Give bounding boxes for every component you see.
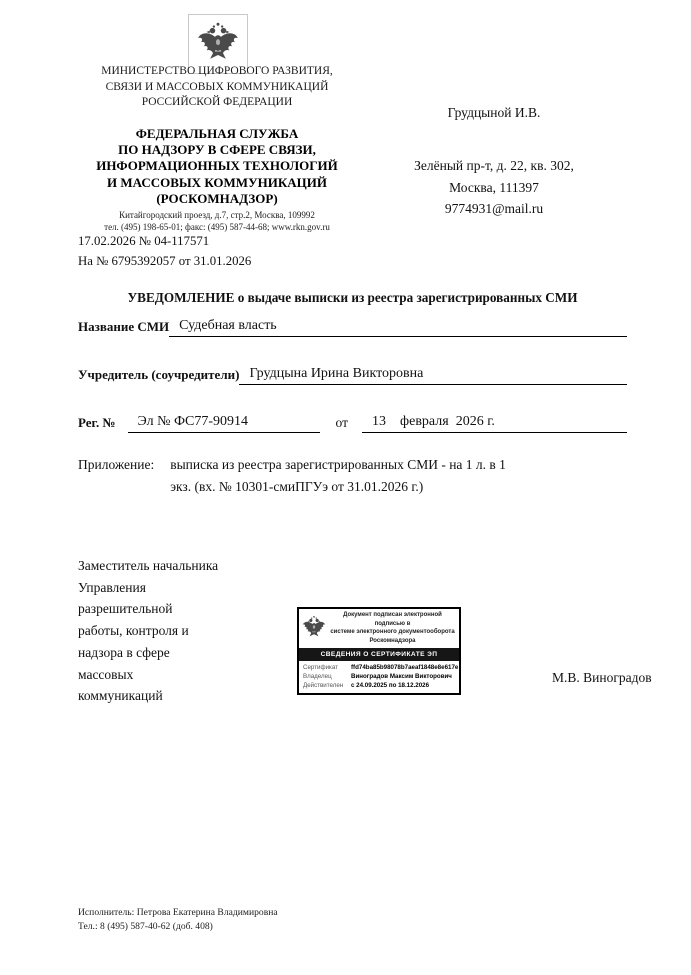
certificate-label: Сертификат <box>303 664 351 671</box>
founder-row: Учредитель (соучредители) Грудцына Ирина… <box>78 366 627 385</box>
media-name-label: Название СМИ <box>78 319 169 337</box>
executor-footer: Исполнитель: Петрова Екатерина Владимиро… <box>78 906 278 934</box>
service-name-line: ИНФОРМАЦИОННЫХ ТЕХНОЛОГИЙ <box>64 158 370 174</box>
addressee-block: Грудцыной И.В. Зелёный пр-т, д. 22, кв. … <box>380 105 608 220</box>
attachment-text-line: выписка из реестра зарегистрированных СМ… <box>170 454 506 476</box>
signer-position-line: коммуникаций <box>78 685 288 707</box>
stamp-header-text: Документ подписан электронной подписью в… <box>330 611 455 646</box>
signer-name: М.В. Виноградов <box>552 670 652 686</box>
stamp-band-title: СВЕДЕНИЯ О СЕРТИФИКАТЕ ЭП <box>299 648 459 661</box>
agency-phone-fax-site: тел. (495) 198-65-01; факс: (495) 587-44… <box>58 222 376 234</box>
executor-phone: Тел.: 8 (495) 587-40-62 (доб. 408) <box>78 920 278 934</box>
signer-position-line: надзора в сфере <box>78 642 288 664</box>
agency-address: Китайгородский проезд, д.7, стр.2, Москв… <box>58 210 376 222</box>
addressee-email: 9774931@mail.ru <box>380 198 608 220</box>
owner-value: Виноградов Максим Викторович <box>351 673 458 680</box>
executor-name: Исполнитель: Петрова Екатерина Владимиро… <box>78 906 278 920</box>
service-name-line: (РОСКОМНАДЗОР) <box>64 191 370 207</box>
stamp-header-line: Роскомнадзора <box>330 637 455 646</box>
service-name: ФЕДЕРАЛЬНАЯ СЛУЖБА ПО НАДЗОРУ В СФЕРЕ СВ… <box>64 126 370 207</box>
electronic-signature-stamp: Документ подписан электронной подписью в… <box>297 607 461 695</box>
roskomnadzor-emblem-icon <box>301 615 327 641</box>
russia-coat-of-arms-icon <box>195 21 241 67</box>
attachment-text-line: экз. (вх. № 10301-смиПГУэ от 31.01.2026 … <box>170 476 506 498</box>
service-name-line: ФЕДЕРАЛЬНАЯ СЛУЖБА <box>64 126 370 142</box>
document-title: УВЕДОМЛЕНИЕ о выдаче выписки из реестра … <box>78 290 627 306</box>
validity-label: Действителен <box>303 682 351 689</box>
signer-position: Заместитель начальника Управления разреш… <box>78 555 288 707</box>
founder-value: Грудцына Ирина Викторовна <box>239 366 627 385</box>
from-label: от <box>336 415 348 433</box>
ministry-name-line: СВЯЗИ И МАССОВЫХ КОММУНИКАЦИЙ <box>64 80 370 96</box>
service-name-line: И МАССОВЫХ КОММУНИКАЦИЙ <box>64 175 370 191</box>
stamp-certificate-table: Сертификат ffd74ba85b98078b7aeaf1848e8e6… <box>299 661 459 693</box>
attachment-block: Приложение: выписка из реестра зарегистр… <box>78 454 506 498</box>
reg-number-label: Рег. № <box>78 415 116 433</box>
owner-label: Владелец <box>303 673 351 680</box>
reg-date-value: 13 февраля 2026 г. <box>362 414 627 433</box>
certificate-value: ffd74ba85b98078b7aeaf1848e8e617e <box>351 664 458 671</box>
registration-row: Рег. № Эл № ФС77-90914 от 13 февраля 202… <box>78 414 627 433</box>
reg-number-value: Эл № ФС77-90914 <box>128 414 320 433</box>
reference-number: На № 6795392057 от 31.01.2026 <box>78 254 251 269</box>
ministry-name: МИНИСТЕРСТВО ЦИФРОВОГО РАЗВИТИЯ, СВЯЗИ И… <box>64 64 370 111</box>
validity-value: с 24.09.2025 по 18.12.2026 <box>351 682 458 689</box>
attachment-text: выписка из реестра зарегистрированных СМ… <box>170 454 506 498</box>
stamp-header-line: Документ подписан электронной подписью в <box>330 611 455 628</box>
signer-position-line: работы, контроля и <box>78 620 288 642</box>
media-name-value: Судебная власть <box>169 318 627 337</box>
founder-label: Учредитель (соучредители) <box>78 367 239 385</box>
service-name-line: ПО НАДЗОРУ В СФЕРЕ СВЯЗИ, <box>64 142 370 158</box>
media-name-row: Название СМИ Судебная власть <box>78 318 627 337</box>
addressee-name: Грудцыной И.В. <box>380 105 608 121</box>
addressee-address-line: Москва, 111397 <box>380 177 608 199</box>
addressee-address-line: Зелёный пр-т, д. 22, кв. 302, <box>380 155 608 177</box>
signer-position-line: разрешительной <box>78 598 288 620</box>
signer-position-line: массовых <box>78 664 288 686</box>
ministry-name-line: МИНИСТЕРСТВО ЦИФРОВОГО РАЗВИТИЯ, <box>64 64 370 80</box>
attachment-label: Приложение: <box>78 454 154 498</box>
stamp-header: Документ подписан электронной подписью в… <box>299 609 459 648</box>
stamp-header-line: системе электронного документооборота <box>330 628 455 637</box>
signer-position-line: Заместитель начальника <box>78 555 288 577</box>
document-date-number: 17.02.2026 № 04-117571 <box>78 234 209 249</box>
signer-position-line: Управления <box>78 577 288 599</box>
ministry-name-line: РОССИЙСКОЙ ФЕДЕРАЦИИ <box>64 95 370 111</box>
agency-contact-info: Китайгородский проезд, д.7, стр.2, Москв… <box>58 210 376 233</box>
